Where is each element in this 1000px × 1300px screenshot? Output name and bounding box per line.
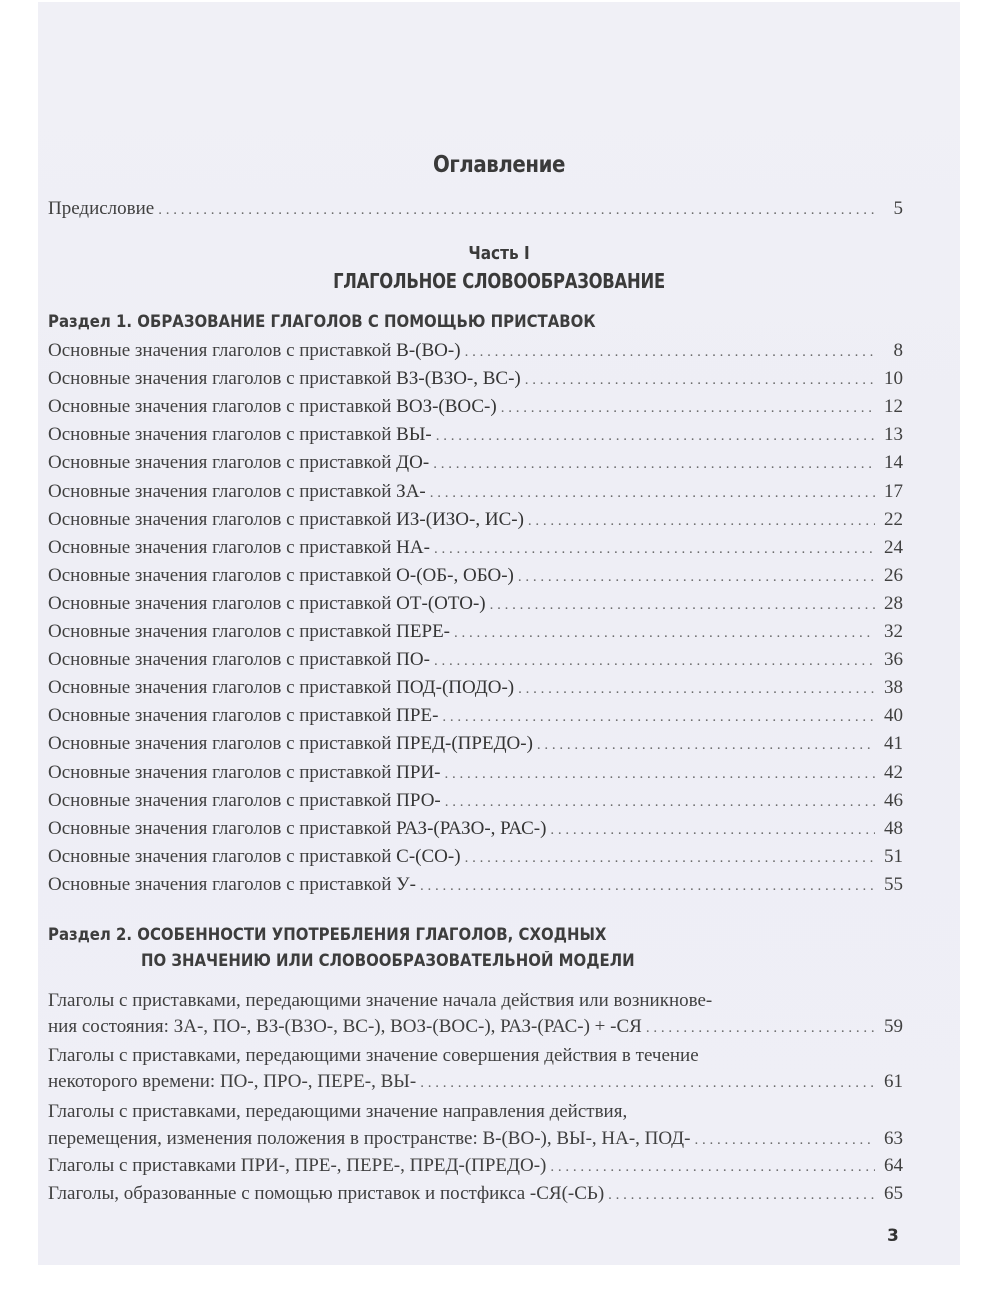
dot-leader bbox=[501, 400, 875, 417]
entry-stem: Основные значения глаголов с приставкой bbox=[48, 790, 391, 811]
toc-entry-label: Основные значения глаголов с приставкой … bbox=[48, 368, 521, 390]
toc-entry-page: 14 bbox=[879, 452, 903, 474]
toc-entry-label: Глаголы, образованные с помощью приставо… bbox=[48, 1183, 604, 1205]
toc-entry-page: 24 bbox=[879, 537, 903, 559]
toc-entry[interactable]: Основные значения глаголов с приставкой … bbox=[48, 846, 903, 874]
part-label: Часть I bbox=[107, 243, 891, 264]
verb-prefix: ВЫ- bbox=[396, 424, 432, 445]
toc-entry-page: 55 bbox=[879, 874, 903, 896]
toc-entry-page: 5 bbox=[879, 198, 903, 220]
toc-entry-page: 10 bbox=[879, 368, 903, 390]
dot-leader bbox=[518, 569, 875, 586]
toc-entry-label: Основные значения глаголов с приставкой … bbox=[48, 846, 461, 868]
dot-leader bbox=[442, 709, 875, 726]
toc-entry-page: 40 bbox=[879, 705, 903, 727]
entry-stem: Основные значения глаголов с приставкой bbox=[48, 368, 391, 389]
toc-entry-label: Основные значения глаголов с приставкой … bbox=[48, 874, 416, 896]
dot-leader bbox=[525, 372, 875, 389]
toc-entry-label: Основные значения глаголов с приставкой … bbox=[48, 790, 441, 812]
toc-entry-line1[interactable]: Глаголы с приставками, передающими значе… bbox=[48, 990, 903, 1012]
toc-entry-page: 46 bbox=[879, 790, 903, 812]
toc-entry-label: ния состояния: ЗА-, ПО-, ВЗ-(ВЗО-, ВС-),… bbox=[48, 1016, 642, 1038]
toc-entry-page: 36 bbox=[879, 649, 903, 671]
toc-entry[interactable]: Основные значения глаголов с приставкой … bbox=[48, 874, 903, 902]
toc-entry[interactable]: Основные значения глаголов с приставкой … bbox=[48, 537, 903, 565]
toc-entry[interactable]: Основные значения глаголов с приставкой … bbox=[48, 705, 903, 733]
verb-prefix: ПРЕД-(ПРЕДО-) bbox=[396, 733, 533, 754]
book-page: Оглавление Предисловие 5 Часть I ГЛАГОЛЬ… bbox=[38, 2, 960, 1265]
entry-stem: Основные значения глаголов с приставкой bbox=[48, 481, 391, 502]
entry-stem: Основные значения глаголов с приставкой bbox=[48, 621, 391, 642]
toc-entry-label: Предисловие bbox=[48, 198, 154, 220]
dot-leader bbox=[490, 597, 875, 614]
toc-entry-page: 41 bbox=[879, 733, 903, 755]
entry-stem: Основные значения глаголов с приставкой bbox=[48, 593, 391, 614]
dot-leader bbox=[433, 456, 875, 473]
dot-leader bbox=[436, 428, 875, 445]
toc-entry-preface[interactable]: Предисловие 5 bbox=[48, 198, 903, 226]
toc-entry-page: 38 bbox=[879, 677, 903, 699]
verb-prefix: ПО- bbox=[396, 649, 430, 670]
verb-prefix: НА- bbox=[396, 537, 430, 558]
toc-entry[interactable]: Основные значения глаголов с приставкой … bbox=[48, 368, 903, 396]
toc-entry-label: Основные значения глаголов с приставкой … bbox=[48, 340, 461, 362]
entry-stem: Основные значения глаголов с приставкой bbox=[48, 733, 391, 754]
dot-leader bbox=[434, 541, 875, 558]
toc-entry[interactable]: Основные значения глаголов с приставкой … bbox=[48, 762, 903, 790]
toc-entry-label: Основные значения глаголов с приставкой … bbox=[48, 396, 497, 418]
dot-leader bbox=[646, 1020, 875, 1037]
toc-entry-page: 65 bbox=[879, 1183, 903, 1205]
toc-entry[interactable]: ния состояния: ЗА-, ПО-, ВЗ-(ВЗО-, ВС-),… bbox=[48, 1016, 903, 1044]
toc-entry-page: 13 bbox=[879, 424, 903, 446]
toc-entry-page: 59 bbox=[879, 1016, 903, 1038]
toc-entry-label: Основные значения глаголов с приставкой … bbox=[48, 593, 486, 615]
section-2-heading-line1: Раздел 2. ОСОБЕННОСТИ УПОТРЕБЛЕНИЯ ГЛАГО… bbox=[48, 925, 606, 944]
toc-entry-label: Основные значения глаголов с приставкой … bbox=[48, 509, 524, 531]
entry-stem: Основные значения глаголов с приставкой bbox=[48, 762, 391, 783]
entry-stem: Основные значения глаголов с приставкой bbox=[48, 874, 391, 895]
toc-entry[interactable]: Глаголы с приставками ПРИ-, ПРЕ-, ПЕРЕ-,… bbox=[48, 1155, 903, 1183]
toc-entry[interactable]: Основные значения глаголов с приставкой … bbox=[48, 790, 903, 818]
toc-entry-page: 26 bbox=[879, 565, 903, 587]
toc-entry[interactable]: Основные значения глаголов с приставкой … bbox=[48, 452, 903, 480]
toc-entry-label: Основные значения глаголов с приставкой … bbox=[48, 733, 533, 755]
entry-stem: Основные значения глаголов с приставкой bbox=[48, 846, 391, 867]
dot-leader bbox=[550, 822, 875, 839]
entry-stem: Основные значения глаголов с приставкой bbox=[48, 818, 391, 839]
dot-leader bbox=[158, 202, 875, 219]
entry-stem: Основные значения глаголов с приставкой bbox=[48, 396, 391, 417]
toc-entry[interactable]: Глаголы, образованные с помощью приставо… bbox=[48, 1183, 903, 1211]
toc-entry-label: Основные значения глаголов с приставкой … bbox=[48, 481, 426, 503]
toc-entry-label: Основные значения глаголов с приставкой … bbox=[48, 452, 429, 474]
toc-entry-page: 64 bbox=[879, 1155, 903, 1177]
verb-prefix: ПРИ- bbox=[396, 762, 440, 783]
toc-entry-label: Основные значения глаголов с приставкой … bbox=[48, 762, 441, 784]
verb-prefix: О-(ОБ-, ОБО-) bbox=[396, 565, 514, 586]
verb-prefix: РАЗ-(РАЗО-, РАС-) bbox=[396, 818, 546, 839]
toc-entry-page: 28 bbox=[879, 593, 903, 615]
dot-leader bbox=[420, 1075, 875, 1092]
toc-entry-label: Глаголы с приставками ПРИ-, ПРЕ-, ПЕРЕ-,… bbox=[48, 1155, 546, 1177]
page-title: Оглавление bbox=[103, 152, 896, 178]
dot-leader bbox=[465, 344, 875, 361]
toc-entry[interactable]: Основные значения глаголов с приставкой … bbox=[48, 340, 903, 368]
verb-prefix: ОТ-(ОТО-) bbox=[396, 593, 485, 614]
entry-stem: Основные значения глаголов с приставкой bbox=[48, 509, 391, 530]
dot-leader bbox=[550, 1159, 875, 1176]
dot-leader bbox=[445, 794, 875, 811]
entry-stem: Основные значения глаголов с приставкой bbox=[48, 452, 391, 473]
toc-entry-label: перемещения, изменения положения в прост… bbox=[48, 1128, 690, 1150]
toc-entry[interactable]: Основные значения глаголов с приставкой … bbox=[48, 593, 903, 621]
verb-prefix: ИЗ-(ИЗО-, ИС-) bbox=[396, 509, 524, 530]
toc-entry-page: 51 bbox=[879, 846, 903, 868]
entry-stem: Основные значения глаголов с приставкой bbox=[48, 537, 391, 558]
toc-entry-label: Основные значения глаголов с приставкой … bbox=[48, 537, 430, 559]
toc-entry-label: Основные значения глаголов с приставкой … bbox=[48, 705, 438, 727]
toc-entry[interactable]: Основные значения глаголов с приставкой … bbox=[48, 677, 903, 705]
dot-leader bbox=[518, 681, 875, 698]
entry-stem: Основные значения глаголов с приставкой bbox=[48, 565, 391, 586]
toc-entry-page: 17 bbox=[879, 481, 903, 503]
toc-entry-page: 61 bbox=[879, 1071, 903, 1093]
toc-entry-label: Основные значения глаголов с приставкой … bbox=[48, 677, 514, 699]
toc-entry[interactable]: Основные значения глаголов с приставкой … bbox=[48, 649, 903, 677]
toc-entry[interactable]: Основные значения глаголов с приставкой … bbox=[48, 565, 903, 593]
toc-entry[interactable]: Основные значения глаголов с приставкой … bbox=[48, 396, 903, 424]
dot-leader bbox=[528, 513, 875, 530]
dot-leader bbox=[537, 737, 875, 754]
verb-prefix: ВЗ-(ВЗО-, ВС-) bbox=[396, 368, 521, 389]
toc-entry-page: 22 bbox=[879, 509, 903, 531]
verb-prefix: ПРО- bbox=[396, 790, 441, 811]
entry-stem: Основные значения глаголов с приставкой bbox=[48, 677, 391, 698]
verb-prefix: ПОД-(ПОДО-) bbox=[396, 677, 514, 698]
verb-prefix: У- bbox=[396, 874, 416, 895]
dot-leader bbox=[430, 485, 875, 502]
toc-entry[interactable]: Основные значения глаголов с приставкой … bbox=[48, 621, 903, 649]
verb-prefix: ДО- bbox=[396, 452, 429, 473]
toc-entry-page: 42 bbox=[879, 762, 903, 784]
toc-entry[interactable]: Основные значения глаголов с приставкой … bbox=[48, 818, 903, 846]
toc-entry-label: Основные значения глаголов с приставкой … bbox=[48, 565, 514, 587]
entry-stem: Основные значения глаголов с приставкой bbox=[48, 649, 391, 670]
verb-prefix: ВОЗ-(ВОС-) bbox=[396, 396, 497, 417]
toc-entry-page: 63 bbox=[879, 1128, 903, 1150]
entry-stem: Основные значения глаголов с приставкой bbox=[48, 424, 391, 445]
verb-prefix: ПРЕ- bbox=[396, 705, 438, 726]
toc-entry-label: Основные значения глаголов с приставкой … bbox=[48, 649, 430, 671]
section-1-heading: Раздел 1. ОБРАЗОВАНИЕ ГЛАГОЛОВ С ПОМОЩЬЮ… bbox=[48, 312, 596, 331]
entry-stem: Основные значения глаголов с приставкой bbox=[48, 705, 391, 726]
part-title: ГЛАГОЛЬНОЕ СЛОВООБРАЗОВАНИЕ bbox=[121, 269, 877, 293]
dot-leader bbox=[434, 653, 875, 670]
verb-prefix: ПЕРЕ- bbox=[396, 621, 450, 642]
toc-entry-page: 32 bbox=[879, 621, 903, 643]
toc-entry-page: 8 bbox=[879, 340, 903, 362]
dot-leader bbox=[608, 1187, 875, 1204]
show-through-text bbox=[78, 70, 83, 90]
toc-entry[interactable]: перемещения, изменения положения в прост… bbox=[48, 1128, 903, 1156]
toc-entry-label: Основные значения глаголов с приставкой … bbox=[48, 818, 546, 840]
toc-entry-line1[interactable]: Глаголы с приставками, передающими значе… bbox=[48, 1101, 903, 1123]
toc-entry[interactable]: Основные значения глаголов с приставкой … bbox=[48, 509, 903, 537]
verb-prefix: ЗА- bbox=[396, 481, 426, 502]
toc-entry[interactable]: Основные значения глаголов с приставкой … bbox=[48, 733, 903, 761]
toc-entry-label: Основные значения глаголов с приставкой … bbox=[48, 424, 432, 446]
dot-leader bbox=[420, 878, 875, 895]
toc-entry-label: некоторого времени: ПО-, ПРО-, ПЕРЕ-, ВЫ… bbox=[48, 1071, 416, 1093]
dot-leader bbox=[454, 625, 875, 642]
toc-entry-line1[interactable]: Глаголы с приставками, передающими значе… bbox=[48, 1045, 903, 1067]
entry-stem: Основные значения глаголов с приставкой bbox=[48, 340, 391, 361]
toc-entry-page: 12 bbox=[879, 396, 903, 418]
toc-entry[interactable]: Основные значения глаголов с приставкой … bbox=[48, 424, 903, 452]
toc-entry-label: Основные значения глаголов с приставкой … bbox=[48, 621, 450, 643]
toc-entry-page: 48 bbox=[879, 818, 903, 840]
section-2-heading-line2: ПО ЗНАЧЕНИЮ ИЛИ СЛОВООБРАЗОВАТЕЛЬНОЙ МОД… bbox=[141, 951, 635, 970]
dot-leader bbox=[694, 1132, 875, 1149]
dot-leader bbox=[465, 850, 875, 867]
toc-entry[interactable]: некоторого времени: ПО-, ПРО-, ПЕРЕ-, ВЫ… bbox=[48, 1071, 903, 1099]
toc-entry[interactable]: Основные значения глаголов с приставкой … bbox=[48, 481, 903, 509]
page-number: 3 bbox=[887, 1226, 899, 1246]
verb-prefix: В-(ВО-) bbox=[396, 340, 460, 361]
dot-leader bbox=[445, 766, 875, 783]
verb-prefix: С-(СО-) bbox=[396, 846, 460, 867]
